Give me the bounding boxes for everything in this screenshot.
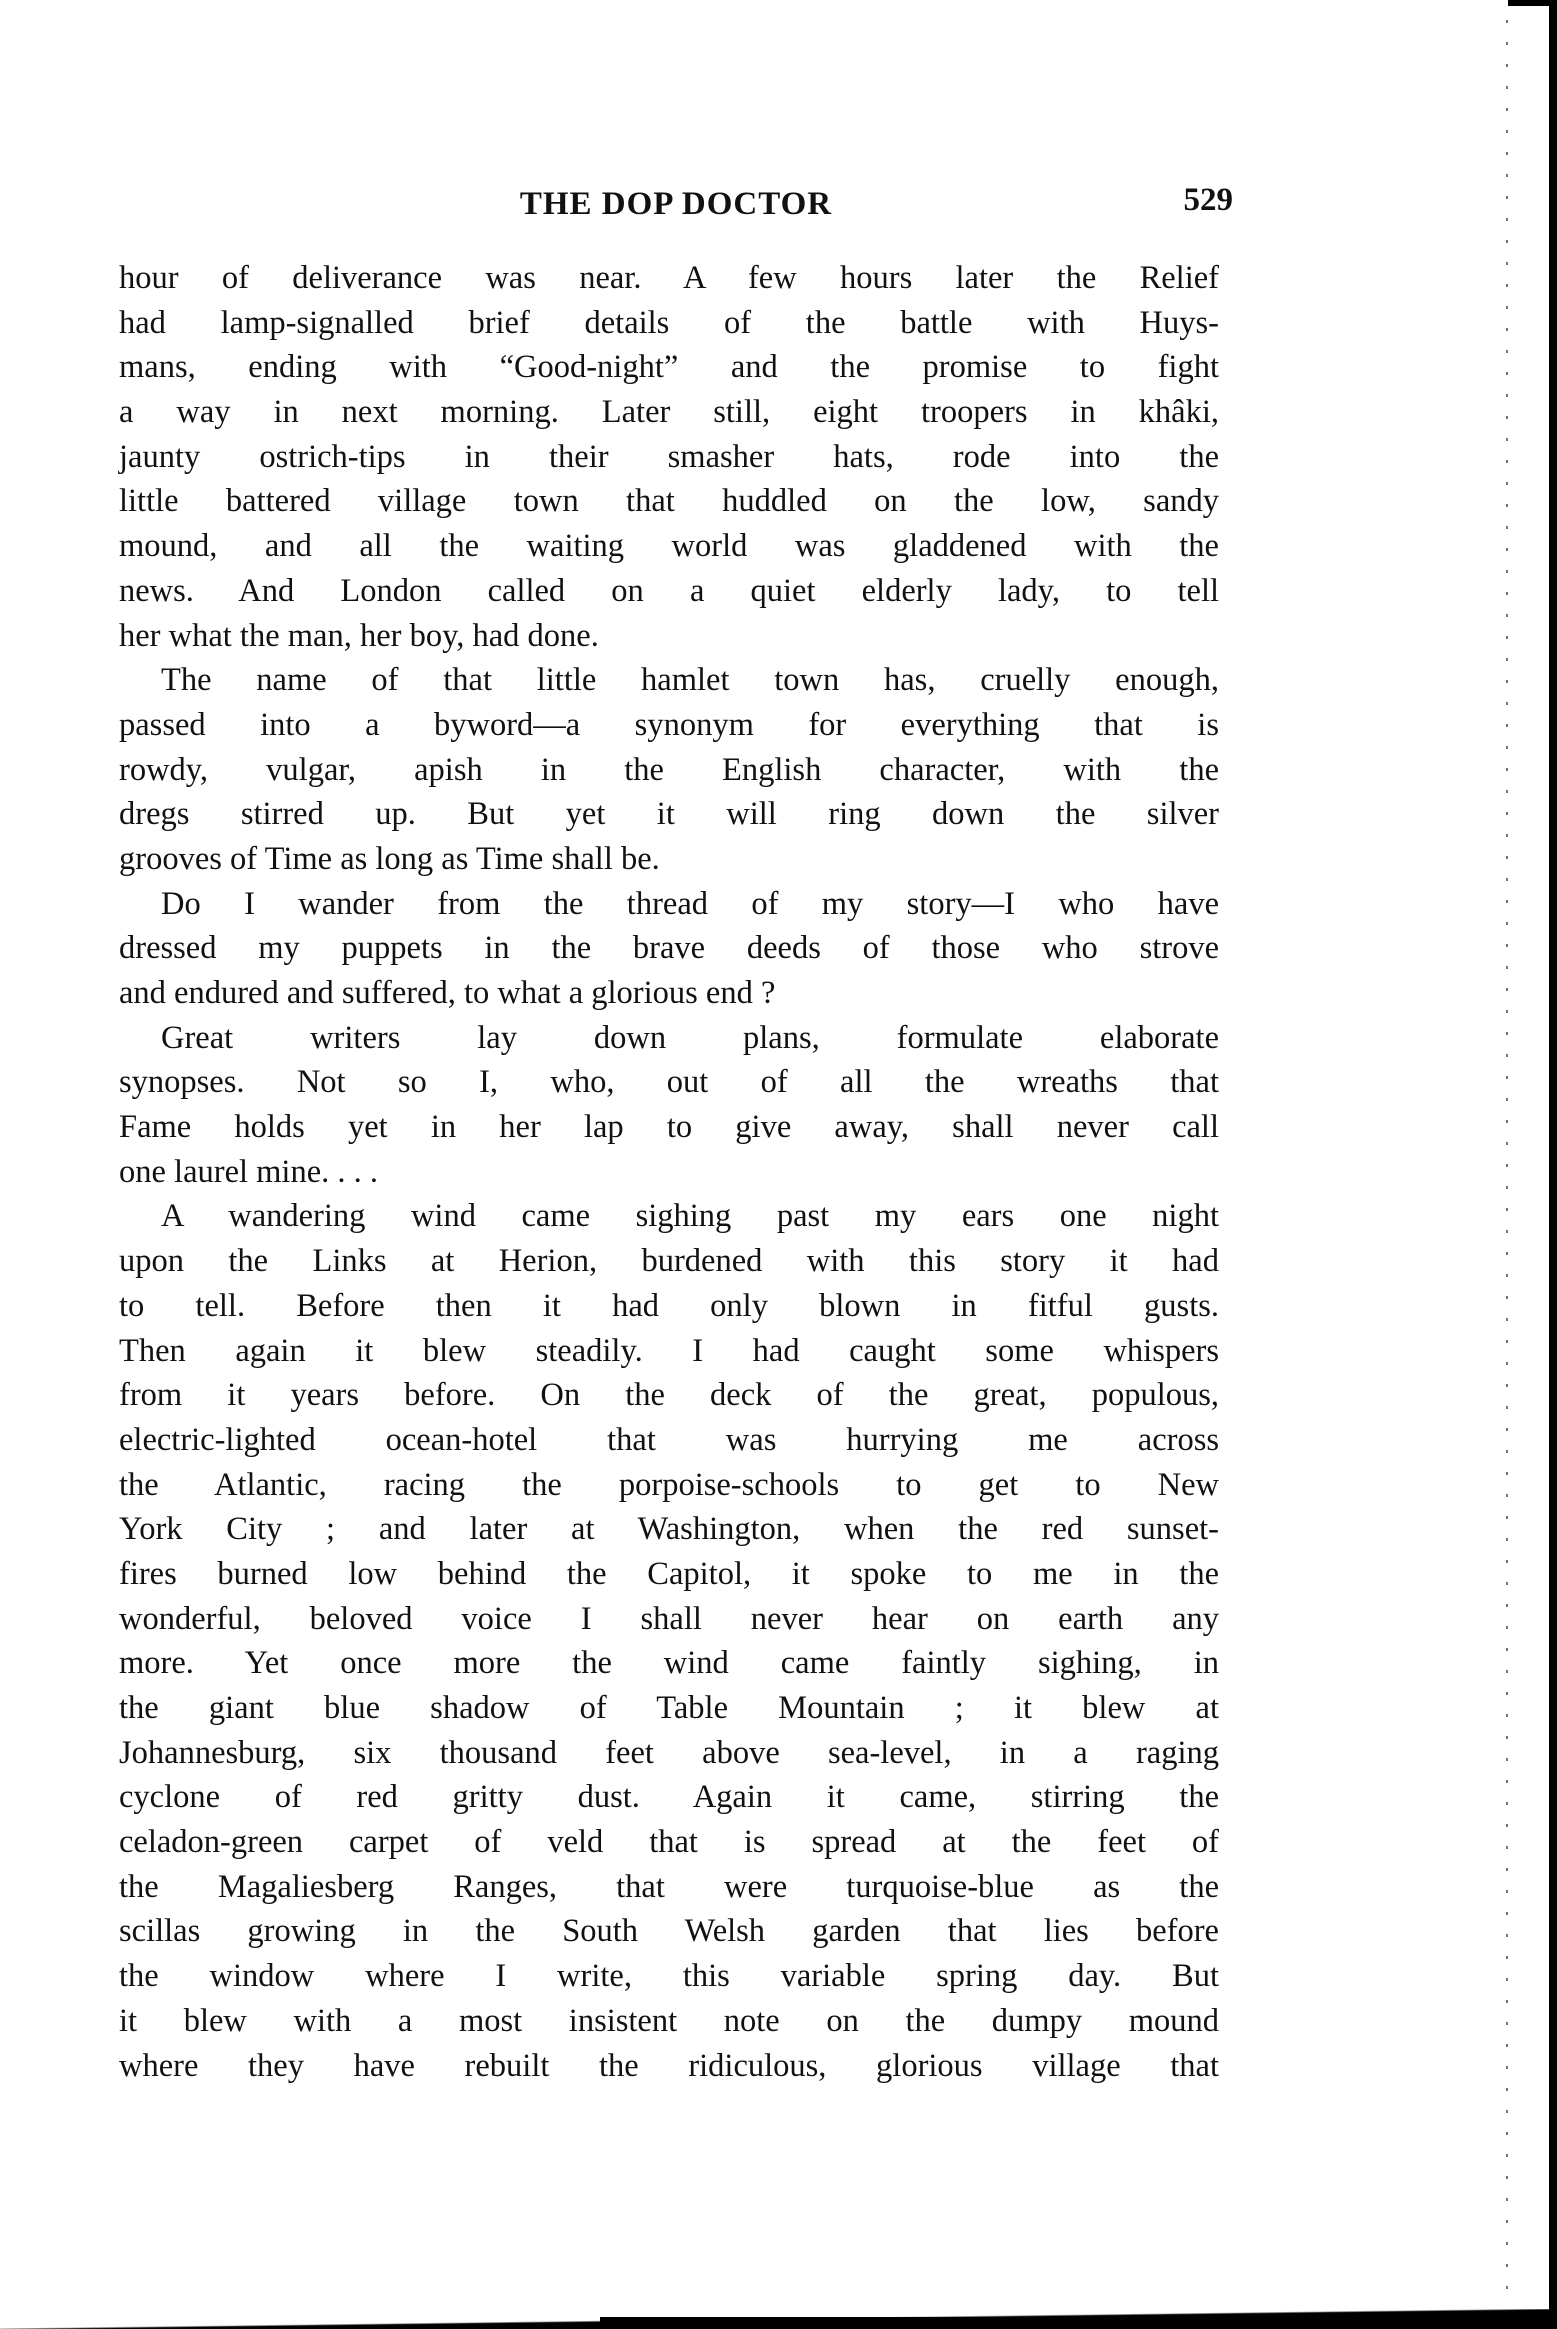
- scan-gutter-dots: [1506, 20, 1508, 2290]
- text-line: where they have rebuilt the ridiculous, …: [119, 2044, 1219, 2089]
- text-line: to tell. Before then it had only blown i…: [119, 1284, 1219, 1329]
- text-line: and endured and suffered, to what a glor…: [119, 971, 1219, 1016]
- text-line: the Magaliesberg Ranges, that were turqu…: [119, 1865, 1219, 1910]
- text-line: it blew with a most insistent note on th…: [119, 1999, 1219, 2044]
- text-line: little battered village town that huddle…: [119, 479, 1219, 524]
- text-line: jaunty ostrich-tips in their smasher hat…: [119, 435, 1219, 480]
- text-line: fires burned low behind the Capitol, it …: [119, 1552, 1219, 1597]
- text-line: more. Yet once more the wind came faintl…: [119, 1641, 1219, 1686]
- text-line: grooves of Time as long as Time shall be…: [119, 837, 1219, 882]
- text-line: synopses. Not so I, who, out of all the …: [119, 1060, 1219, 1105]
- text-line: had lamp-signalled brief details of the …: [119, 301, 1219, 346]
- text-line: her what the man, her boy, had done.: [119, 614, 1219, 659]
- text-line: Do I wander from the thread of my story—…: [119, 882, 1219, 927]
- text-line: Then again it blew steadily. I had caugh…: [119, 1329, 1219, 1374]
- text-line: dressed my puppets in the brave deeds of…: [119, 926, 1219, 971]
- text-line: the Atlantic, racing the porpoise-school…: [119, 1463, 1219, 1508]
- text-line: news. And London called on a quiet elder…: [119, 569, 1219, 614]
- text-line: hour of deliverance was near. A few hour…: [119, 256, 1219, 301]
- text-line: passed into a byword—a synonym for every…: [119, 703, 1219, 748]
- text-line: celadon-green carpet of veld that is spr…: [119, 1820, 1219, 1865]
- text-line: Fame holds yet in her lap to give away, …: [119, 1105, 1219, 1150]
- text-line: mans, ending with “Good-night” and the p…: [119, 345, 1219, 390]
- text-line: scillas growing in the South Welsh garde…: [119, 1909, 1219, 1954]
- text-line: the giant blue shadow of Table Mountain …: [119, 1686, 1219, 1731]
- text-line: cyclone of red gritty dust. Again it cam…: [119, 1775, 1219, 1820]
- text-line: wonderful, beloved voice I shall never h…: [119, 1597, 1219, 1642]
- body-text: hour of deliverance was near. A few hour…: [119, 256, 1219, 2088]
- text-line: The name of that little hamlet town has,…: [119, 658, 1219, 703]
- text-line: the window where I write, this variable …: [119, 1954, 1219, 1999]
- text-line: dregs stirred up. But yet it will ring d…: [119, 792, 1219, 837]
- text-line: one laurel mine. . . .: [119, 1150, 1219, 1195]
- scan-top-margin: [0, 0, 1557, 6]
- scan-right-corner-artifact: [1508, 0, 1552, 6]
- text-line: rowdy, vulgar, apish in the English char…: [119, 748, 1219, 793]
- text-line: a way in next morning. Later still, eigh…: [119, 390, 1219, 435]
- text-line: York City ; and later at Washington, whe…: [119, 1507, 1219, 1552]
- page-number: 529: [1184, 182, 1234, 219]
- text-line: upon the Links at Herion, burdened with …: [119, 1239, 1219, 1284]
- text-line: electric-lighted ocean-hotel that was hu…: [119, 1418, 1219, 1463]
- text-line: Johannesburg, six thousand feet above se…: [119, 1731, 1219, 1776]
- text-line: from it years before. On the deck of the…: [119, 1373, 1219, 1418]
- scan-bottom-edge-solid: [600, 2317, 1557, 2329]
- text-line: A wandering wind came sighing past my ea…: [119, 1194, 1219, 1239]
- text-line: mound, and all the waiting world was gla…: [119, 524, 1219, 569]
- text-line: Great writers lay down plans, formulate …: [119, 1016, 1219, 1061]
- running-title: THE DOP DOCTOR: [119, 186, 1233, 223]
- running-head: THE DOP DOCTOR 529: [119, 186, 1233, 230]
- scan-right-edge: [1549, 0, 1557, 2329]
